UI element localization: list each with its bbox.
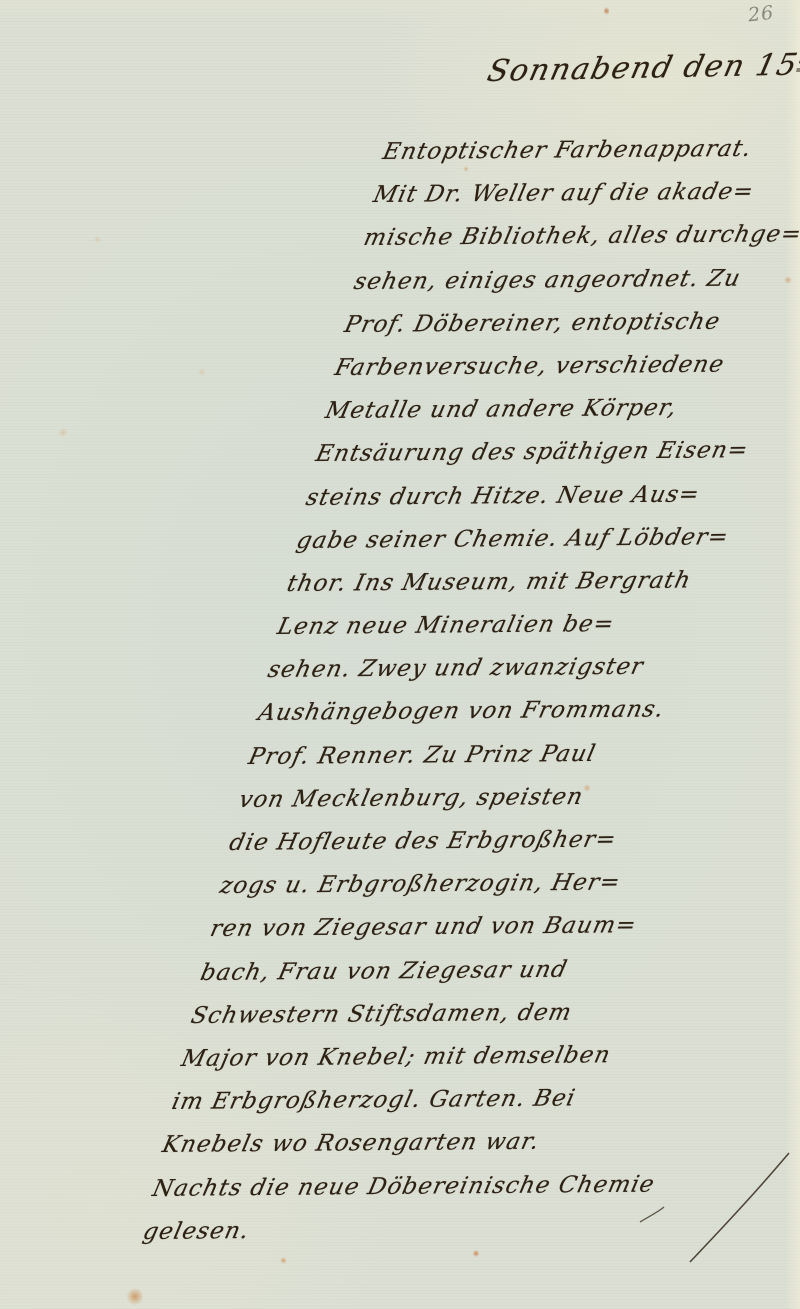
manuscript-line: Mit Dr. Weller auf die akade= [369, 171, 791, 218]
manuscript-line: Nachts die neue Döbereinische Chemie [148, 1164, 570, 1211]
manuscript-line: Lenz neue Mineralien be= [273, 602, 695, 649]
manuscript-line: Knebels wo Rosengarten war. [158, 1121, 580, 1168]
manuscript-line: die Hofleute des Erbgroßher= [225, 818, 647, 865]
diary-text-block: Entoptischer Farbenapparat.Mit Dr. Welle… [139, 127, 800, 1253]
folio-number-pencil: 26 [747, 2, 775, 27]
manuscript-line: Farbenversuche, verschiedene [330, 343, 752, 390]
manuscript-line: ren von Ziegesar und von Baum= [206, 905, 628, 952]
manuscript-line: sehen. Zwey und zwanzigster [263, 646, 685, 693]
foxing-spot [198, 368, 206, 376]
foxing-spot [784, 276, 792, 284]
foxing-spot [280, 1257, 287, 1264]
entry-date-heading: Sonnabend den 15te May [484, 45, 800, 89]
foxing-spot [126, 1288, 144, 1305]
manuscript-line: gelesen. [139, 1207, 561, 1254]
manuscript-line: Prof. Renner. Zu Prinz Paul [244, 732, 666, 779]
manuscript-line: Prof. Döbereiner, entoptische [340, 300, 762, 347]
manuscript-line: im Erbgroßherzogl. Garten. Bei [167, 1077, 589, 1124]
manuscript-line: zogs u. Erbgroßherzogin, Her= [215, 862, 637, 909]
foxing-spot [58, 428, 68, 437]
manuscript-line: von Mecklenburg, speisten [235, 775, 657, 822]
manuscript-line: bach, Frau von Ziegesar und [196, 948, 618, 995]
manuscript-line: Entsäurung des späthigen Eisen= [311, 430, 733, 477]
manuscript-line: Schwestern Stiftsdamen, dem [187, 991, 609, 1038]
manuscript-line: mische Bibliothek, alles durchge= [359, 214, 781, 261]
manuscript-line: thor. Ins Museum, mit Bergrath [282, 559, 704, 606]
foxing-spot [604, 6, 609, 16]
manuscript-line: gabe seiner Chemie. Auf Löbder= [292, 516, 714, 563]
entry-date-text: Sonnabend den 15 [484, 48, 800, 89]
foxing-spot [94, 236, 101, 243]
manuscript-line: Metalle und andere Körper, [321, 387, 743, 434]
manuscript-line: Major von Knebel; mit demselben [177, 1034, 599, 1081]
manuscript-line: Aushängebogen von Frommans. [254, 689, 676, 736]
manuscript-line: sehen, einiges angeordnet. Zu [350, 257, 772, 304]
manuscript-page: 26 Sonnabend den 15te May Entoptischer F… [0, 0, 800, 1309]
manuscript-line: Entoptischer Farbenapparat. [378, 127, 800, 174]
manuscript-line: steins durch Hitze. Neue Aus= [302, 473, 724, 520]
